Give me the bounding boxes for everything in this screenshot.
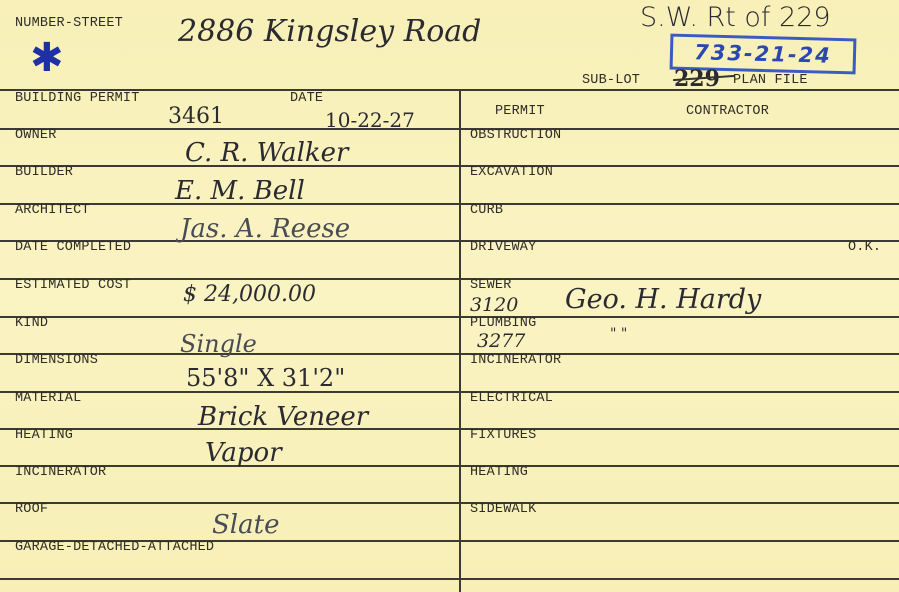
divider — [0, 578, 899, 580]
asterisk-mark-icon: ✱ — [30, 38, 64, 78]
dimensions-label: DIMENSIONS — [15, 353, 98, 368]
driveway-status: O.K. — [848, 240, 881, 255]
heating-label: HEATING — [15, 428, 73, 443]
owner-label: OWNER — [15, 128, 57, 143]
builder-value: E. M. Bell — [175, 176, 305, 206]
sidewalk-label: SIDEWALK — [470, 502, 536, 517]
heating-permit-label: HEATING — [470, 465, 528, 480]
owner-value: C. R. Walker — [185, 138, 348, 168]
sewer-permit-value: 3120 — [470, 294, 518, 316]
building-permit-card: NUMBER-STREET ✱ 2886 Kingsley Road S.W. … — [0, 0, 899, 592]
divider — [0, 278, 899, 280]
material-value: Brick Veneer — [198, 402, 368, 432]
divider — [0, 502, 899, 504]
address-value: 2886 Kingsley Road — [178, 14, 481, 49]
sub-lot-label: SUB-LOT — [582, 73, 640, 88]
fixtures-label: FIXTURES — [470, 428, 536, 443]
kind-value: Single — [180, 330, 257, 358]
architect-label: ARCHITECT — [15, 203, 90, 218]
heating-value: Vapor — [205, 438, 282, 468]
divider — [0, 465, 899, 467]
plumbing-label: PLUMBING — [470, 316, 536, 331]
building-permit-label: BUILDING PERMIT — [15, 91, 140, 106]
sewer-contractor-value: Geo. H. Hardy — [565, 284, 761, 315]
divider — [0, 428, 899, 430]
material-label: MATERIAL — [15, 391, 81, 406]
divider — [0, 128, 899, 130]
builder-label: BUILDER — [15, 165, 73, 180]
plumbing-contractor-ditto: " " — [610, 326, 627, 342]
divider — [0, 165, 899, 167]
driveway-label: DRIVEWAY — [470, 240, 536, 255]
plan-file-label: PLAN FILE — [733, 73, 808, 88]
divider — [0, 391, 899, 393]
date-completed-label: DATE COMPLETED — [15, 240, 131, 255]
electrical-label: ELECTRICAL — [470, 391, 553, 406]
dimensions-value: 55'8" X 31'2" — [186, 364, 345, 392]
date-label: DATE — [290, 91, 323, 106]
obstruction-label: OBSTRUCTION — [470, 128, 561, 143]
curb-label: CURB — [470, 203, 503, 218]
incinerator-label: INCINERATOR — [15, 465, 106, 480]
incinerator-permit-label: INCINERATOR — [470, 353, 561, 368]
contractor-column-header: CONTRACTOR — [686, 104, 769, 119]
roof-value: Slate — [212, 510, 279, 540]
kind-label: KIND — [15, 316, 48, 331]
estimated-cost-label: ESTIMATED COST — [15, 278, 131, 293]
plumbing-permit-value: 3277 — [477, 330, 525, 352]
permit-column-header: PERMIT — [495, 104, 545, 119]
garage-label: GARAGE-DETACHED-ATTACHED — [15, 540, 214, 555]
divider — [0, 316, 899, 318]
roof-label: ROOF — [15, 502, 48, 517]
divider — [0, 240, 899, 242]
estimated-cost-value: $ 24,000.00 — [183, 282, 316, 307]
location-note: S.W. Rt of 229 — [640, 2, 831, 33]
sewer-label: SEWER — [470, 278, 512, 293]
number-street-label: NUMBER-STREET — [15, 16, 123, 31]
excavation-label: EXCAVATION — [470, 165, 553, 180]
building-permit-value: 3461 — [168, 104, 224, 129]
divider — [0, 353, 899, 355]
architect-value: Jas. A. Reese — [180, 214, 350, 244]
divider — [0, 203, 899, 205]
